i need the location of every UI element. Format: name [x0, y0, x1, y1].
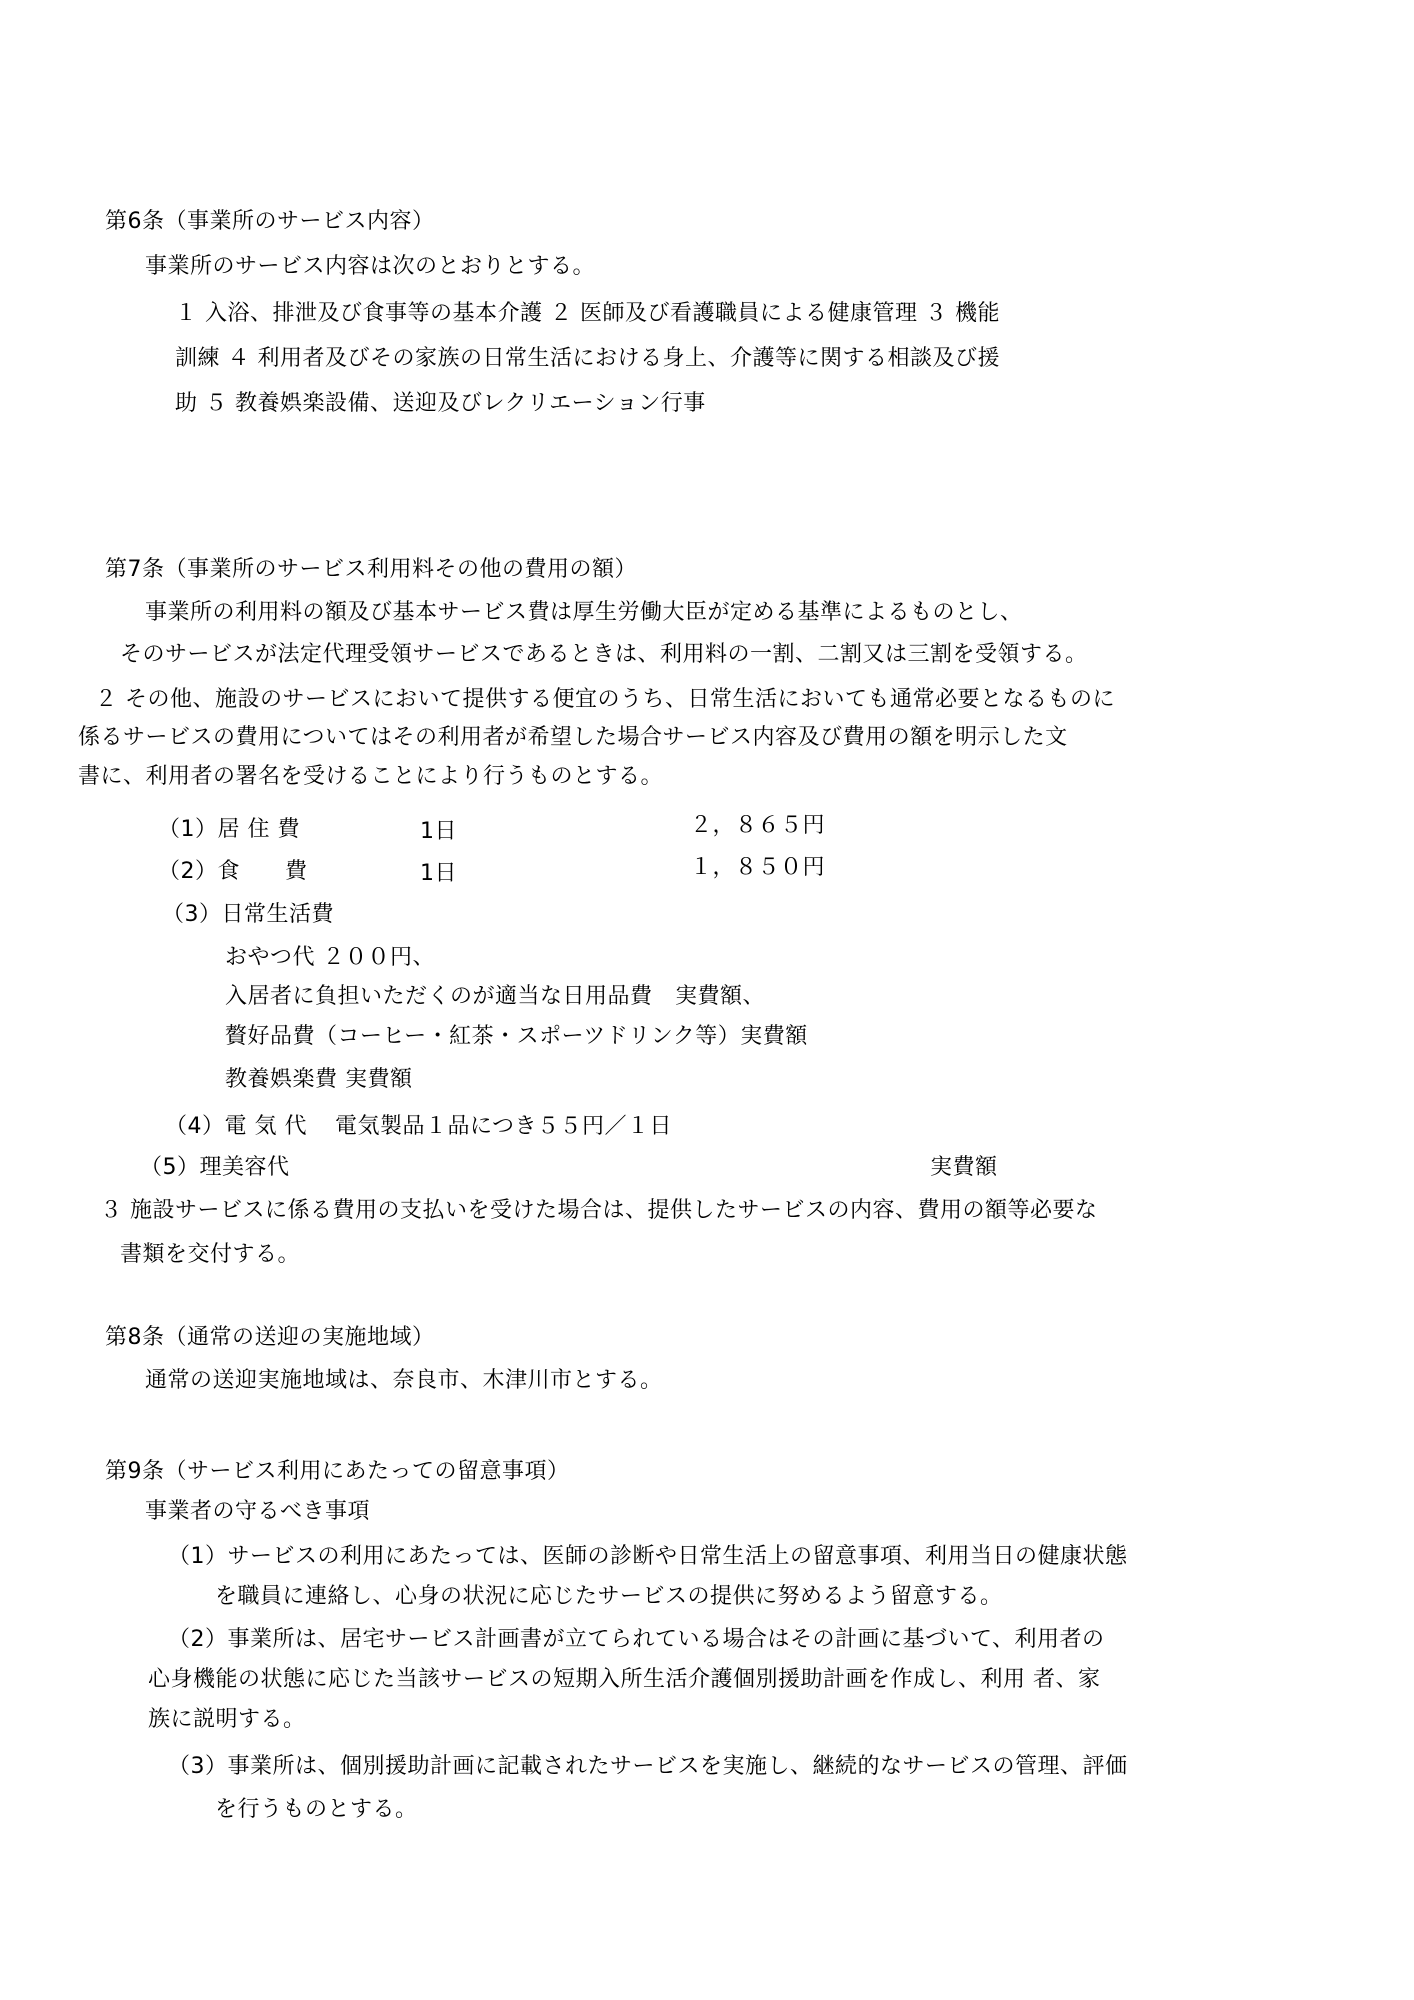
fee-unit: 1日	[420, 817, 457, 847]
article7-paragraph: ３ 施設サービスに係る費用の支払いを受けた場合は、提供したサービスの内容、費用の…	[100, 1196, 1098, 1226]
article7-paragraph: 係るサービスの費用についてはその利用者が希望した場合サービス内容及び費用の額を明…	[78, 723, 1068, 753]
article9-item-line: （3）事業所は、個別援助計画に記載されたサービスを実施し、継続的なサービスの管理…	[168, 1752, 1128, 1782]
article9-item-line: （1）サービスの利用にあたっては、医師の診断や日常生活上の留意事項、利用当日の健…	[168, 1542, 1128, 1572]
fee-label: （3）日常生活費	[162, 900, 334, 930]
article8-body: 通常の送迎実施地域は、奈良市、木津川市とする。	[145, 1366, 663, 1396]
article9-intro: 事業者の守るべき事項	[145, 1497, 370, 1527]
article9-item-line: （2）事業所は、居宅サービス計画書が立てられている場合はその計画に基づいて、利用…	[168, 1625, 1105, 1655]
document-page: 第6条（事業所のサービス内容） 事業所のサービス内容は次のとおりとする。 １ 入…	[0, 0, 1414, 2000]
fee-detail: 電気製品１品につき５５円／１日	[335, 1112, 672, 1142]
article7-paragraph: 書類を交付する。	[120, 1240, 300, 1270]
fee-unit: 1日	[420, 859, 457, 889]
article6-item-line: １ 入浴、排泄及び食事等の基本介護 ２ 医師及び看護職員による健康管理 ３ 機能	[175, 299, 1000, 329]
article9-item-line: を行うものとする。	[215, 1795, 418, 1825]
article7-heading: 第7条（事業所のサービス利用料その他の費用の額）	[105, 555, 637, 585]
fee-price: 実費額	[930, 1153, 998, 1183]
fee-detail: 入居者に負担いただくのが適当な日用品費 実費額、	[225, 982, 765, 1012]
article9-item-line: 族に説明する。	[148, 1705, 306, 1735]
article9-item-line: を職員に連絡し、心身の状況に応じたサービスの提供に努めるよう留意する。	[215, 1582, 1003, 1612]
fee-detail: 贅好品費（コーヒー・紅茶・スポーツドリンク等）実費額	[225, 1022, 808, 1052]
article6-item-line: 助 ５ 教養娯楽設備、送迎及びレクリエーション行事	[175, 389, 706, 419]
article9-item-line: 心身機能の状態に応じた当該サービスの短期入所生活介護個別援助計画を作成し、利用 …	[148, 1665, 1101, 1695]
article6-item-line: 訓練 ４ 利用者及びその家族の日常生活における身上、介護等に関する相談及び援	[175, 344, 1000, 374]
fee-detail: おやつ代 ２００円、	[225, 943, 435, 973]
article6-heading: 第6条（事業所のサービス内容）	[105, 207, 435, 237]
fee-label: （5）理美容代	[140, 1153, 290, 1183]
fee-label: （1）居 住 費	[158, 815, 300, 845]
fee-detail: 教養娯楽費 実費額	[225, 1065, 413, 1095]
fee-price: ２，８６５円	[690, 811, 825, 841]
article7-paragraph: 事業所の利用料の額及び基本サービス費は厚生労働大臣が定める基準によるものとし、	[145, 598, 1023, 628]
article8-heading: 第8条（通常の送迎の実施地域）	[105, 1323, 435, 1353]
fee-label: （2）食 費	[158, 857, 308, 887]
article7-paragraph: 書に、利用者の署名を受けることにより行うものとする。	[78, 762, 663, 792]
article9-heading: 第9条（サービス利用にあたっての留意事項）	[105, 1457, 570, 1487]
fee-price: １，８５０円	[690, 853, 825, 883]
article6-intro: 事業所のサービス内容は次のとおりとする。	[145, 252, 595, 282]
fee-label: （4）電 気 代	[165, 1112, 307, 1142]
article7-paragraph: そのサービスが法定代理受領サービスであるときは、利用料の一割、二割又は三割を受領…	[120, 640, 1088, 670]
article7-paragraph: ２ その他、施設のサービスにおいて提供する便宜のうち、日常生活においても通常必要…	[95, 685, 1115, 715]
